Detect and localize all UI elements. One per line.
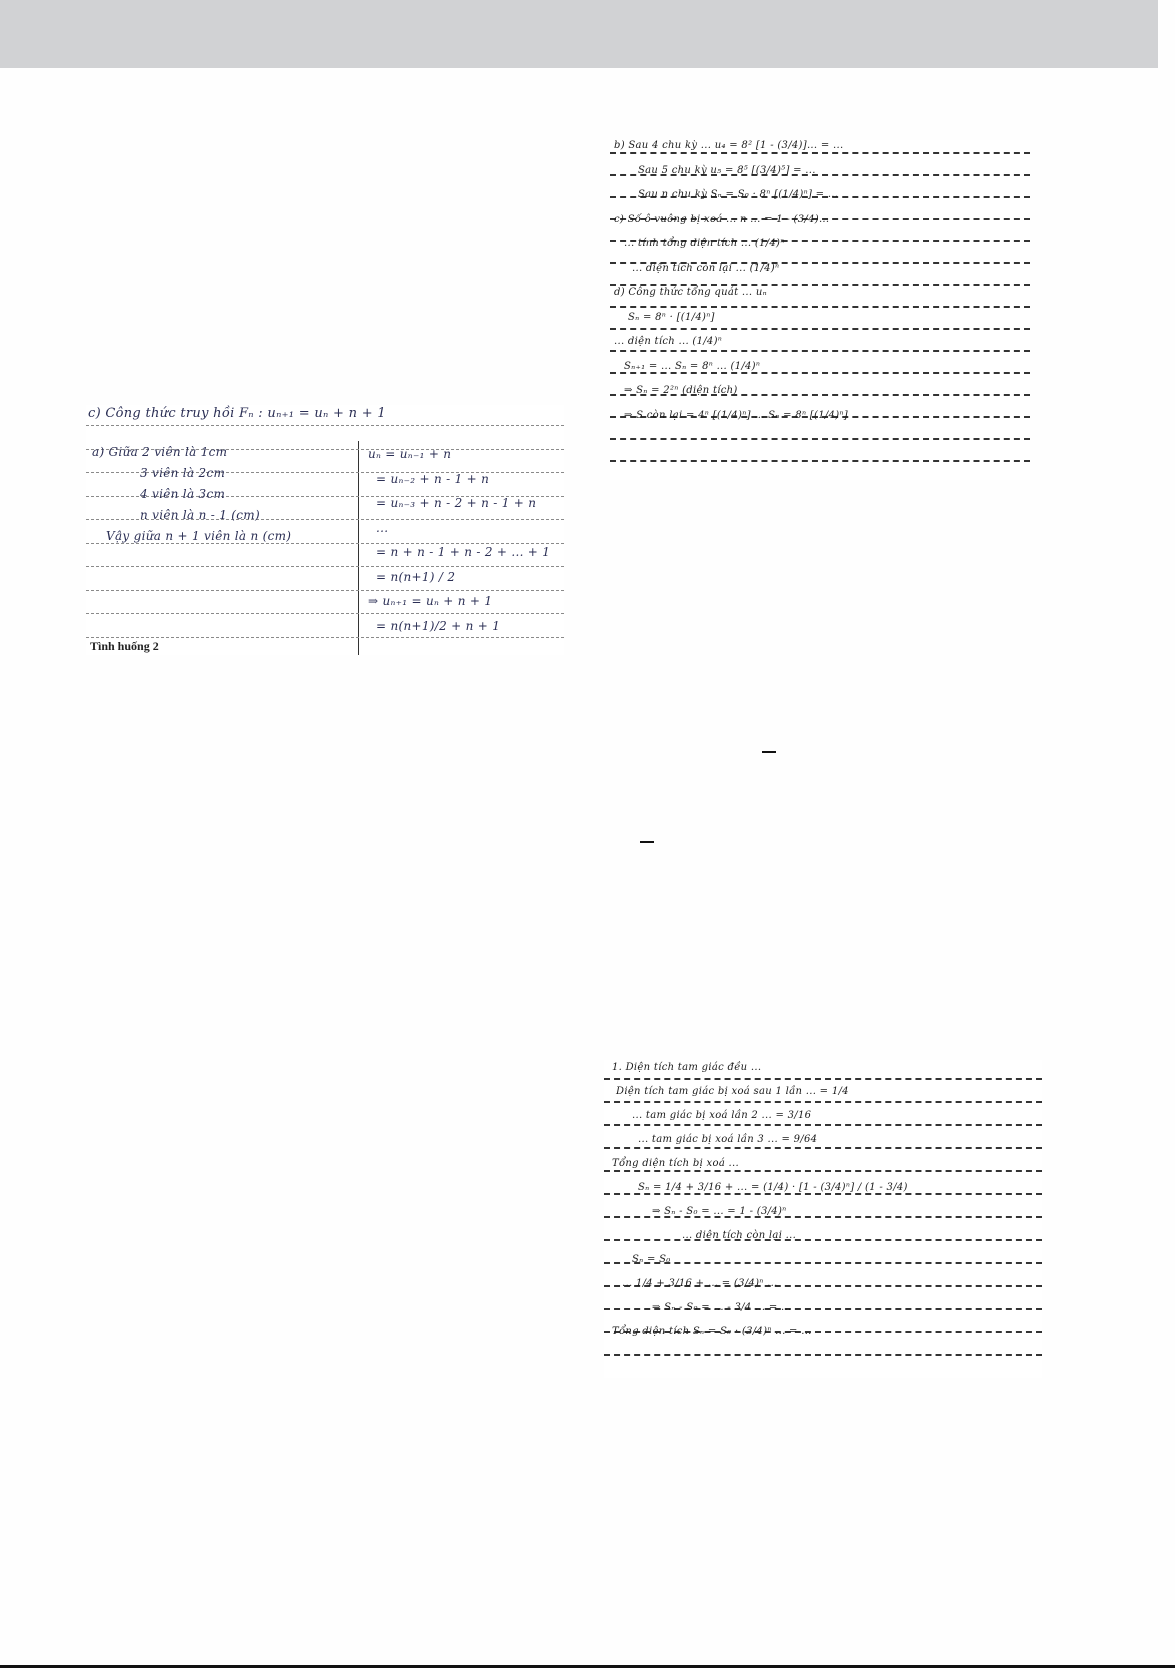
column-divider xyxy=(358,441,359,655)
ruled-line xyxy=(604,1147,1042,1149)
ruled-line xyxy=(610,372,1030,374)
ruled-line xyxy=(86,590,564,591)
handwritten-line: ... diện tích ... (1/4)ⁿ xyxy=(614,336,722,347)
handwritten-line: = uₙ₋₃ + n - 2 + n - 1 + n xyxy=(376,496,536,510)
handwritten-line: d) Công thức tổng quát ... uₙ xyxy=(614,287,767,298)
ruled-line xyxy=(604,1239,1042,1241)
handwritten-line: = uₙ₋₂ + n - 1 + n xyxy=(376,472,489,486)
ruled-line xyxy=(86,425,564,426)
ruled-line xyxy=(610,460,1030,462)
handwritten-line: = n + n - 1 + n - 2 + ... + 1 xyxy=(376,545,550,559)
handwritten-line: Sₙ₊₁ = ... Sₙ = 8ⁿ ... (1/4)ⁿ xyxy=(624,361,760,372)
handwritten-line: = n(n+1) / 2 xyxy=(376,570,455,584)
handwritten-line: Sau 5 chu kỳ u₅ = 8⁵ [(3/4)⁵] = ... xyxy=(638,165,816,176)
handwritten-line: 1. Diện tích tam giác đều ... xyxy=(612,1062,761,1073)
fraction-bar xyxy=(640,841,654,843)
handwritten-line: Sau n chu kỳ Sₙ = S₀ · 8ⁿ [(1/4)ⁿ] = ... xyxy=(638,189,838,200)
handwritten-line: ⇒ Sₙ = 2²ⁿ (diện tích) xyxy=(624,385,738,396)
handwritten-line: = n(n+1)/2 + n + 1 xyxy=(376,619,500,633)
handwritten-line: a) Giữa 2 viên là 1cm xyxy=(92,445,227,459)
handwritten-line: 4 viên là 3cm xyxy=(140,487,225,501)
handwritten-line: ⇒ uₙ₊₁ = uₙ + n + 1 xyxy=(368,594,492,608)
fraction-bar xyxy=(762,751,776,753)
handwritten-line: ⇒ S còn lại = 4ⁿ [(1/4)ⁿ] ... Sₙ = 8ⁿ [(… xyxy=(624,410,848,421)
handwritten-line: Sₙ = S₀ xyxy=(632,1254,671,1265)
ruled-line xyxy=(604,1170,1042,1172)
handwritten-line: ... tam giác bị xoá lần 2 ... = 3/16 xyxy=(632,1110,811,1121)
page-header-band xyxy=(0,0,1158,68)
ruled-line xyxy=(610,152,1030,154)
handwritten-line: ⇒ Sₙ - S₀ = ... = 1 - (3/4)ⁿ xyxy=(652,1206,787,1217)
handwritten-line: c) Số ô vuông bị xoá ... n ... = 1 - (3/… xyxy=(614,214,829,225)
handwritten-line: ... 1/4 + 3/16 + ... = (3/4)ⁿ ... xyxy=(622,1278,778,1289)
ruled-line xyxy=(604,1354,1042,1356)
ruled-line xyxy=(604,1101,1042,1103)
ruled-line xyxy=(610,284,1030,286)
handwritten-line: 3 viên là 2cm xyxy=(140,466,225,480)
handwritten-line: Sₙ = 8ⁿ · [(1/4)ⁿ] xyxy=(628,312,715,323)
handwritten-line: ... tam giác bị xoá lần 3 ... = 9/64 xyxy=(638,1134,817,1145)
handwritten-line: uₙ = uₙ₋₁ + n xyxy=(368,447,451,461)
ruled-line xyxy=(610,306,1030,308)
handwritten-line: ⇒ Sₙ - S₀ = ... - 3/4 ... = ... xyxy=(652,1302,791,1313)
ruled-line xyxy=(610,350,1030,352)
handwritten-line: Tổng diện tích bị xoá ... xyxy=(612,1158,739,1169)
ruled-line xyxy=(604,1078,1042,1080)
ruled-line xyxy=(610,438,1030,440)
handwritten-line: ... xyxy=(376,521,388,535)
ruled-line xyxy=(86,637,564,638)
handwritten-line: Tổng diện tích Sₙ = S₀ · (3/4)ⁿ ... = ..… xyxy=(612,1326,812,1337)
handwritten-figure-area-sequence: b) Sau 4 chu kỳ ... u₄ = 8² [1 - (3/4)].… xyxy=(610,140,1030,480)
figure-title-line: c) Công thức truy hồi Fₙ : uₙ₊₁ = uₙ + n… xyxy=(88,406,386,421)
ruled-line xyxy=(604,1124,1042,1126)
handwritten-line: ... diện tích còn lại ... xyxy=(682,1230,796,1241)
figure-caption: Tình huống 2 xyxy=(90,639,159,654)
handwritten-line: Diện tích tam giác bị xoá sau 1 lần ... … xyxy=(616,1086,849,1097)
ruled-line xyxy=(86,566,564,567)
ruled-line xyxy=(86,613,564,614)
ruled-line xyxy=(604,1193,1042,1195)
handwritten-figure-triangle-area: 1. Diện tích tam giác đều ...Diện tích t… xyxy=(604,1060,1042,1378)
handwritten-line: n viên là n - 1 (cm) xyxy=(140,508,260,522)
handwritten-figure-recurrence: c) Công thức truy hồi Fₙ : uₙ₊₁ = uₙ + n… xyxy=(86,405,564,655)
handwritten-line: b) Sau 4 chu kỳ ... u₄ = 8² [1 - (3/4)].… xyxy=(614,140,843,151)
handwritten-line: ... tính tổng diện tích ... (1/4)ⁿ xyxy=(624,238,785,249)
ruled-line xyxy=(610,328,1030,330)
handwritten-line: Sₙ = 1/4 + 3/16 + ... = (1/4) · [1 - (3/… xyxy=(638,1182,908,1193)
handwritten-line: Vậy giữa n + 1 viên là n (cm) xyxy=(106,529,291,543)
handwritten-line: ... diện tích còn lại ... (1/4)ⁿ xyxy=(632,263,779,274)
